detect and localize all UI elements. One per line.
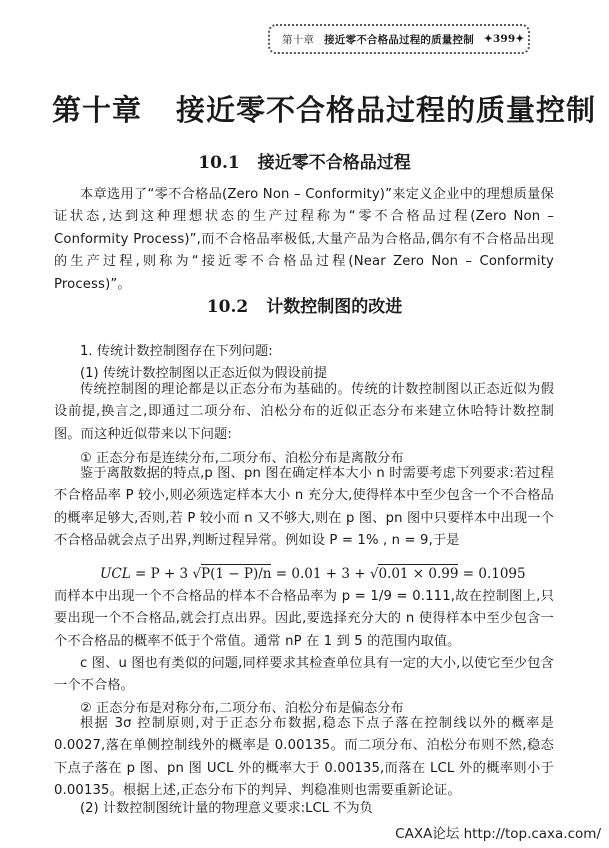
formula-expr1: = P + 3 [135, 566, 188, 582]
list-item-1-2: (2) 计数控制图统计量的物理意义要求:LCL 不为负 [80, 797, 373, 816]
paragraph-normal-approx: 传统控制图的理论都是以正态分布为基础的。传统的计数控制图以正态近似为假设前提,换… [54, 379, 554, 446]
intro-paragraph: 本章选用了“零不合格品(Zero Non – Conformity)”来定义企业… [54, 184, 554, 296]
formula-result: = 0.1095 [463, 566, 526, 582]
paragraph-sample-rate: 而样本中出现一个不合格品的样本不合格品率为 p = 1/9 = 0.111,故在… [54, 586, 554, 653]
formula-expr2: = 0.01 + 3 + [276, 566, 366, 582]
page-number: ✦399✦ [484, 33, 525, 45]
formula-lhs: UCL [100, 566, 131, 582]
section-heading-10-2: 10.2计数控制图的改进 [0, 292, 609, 317]
running-header: 第十章 接近零不合格品过程的质量控制 ✦399✦ [268, 24, 530, 54]
chapter-title: 第十章接近零不合格品过程的质量控制 [52, 88, 572, 129]
running-header-title: 接近零不合格品过程的质量控制 [324, 32, 474, 47]
formula-sqrt1: P(1 − P)/n [201, 564, 271, 582]
chapter-number: 第十章 [52, 93, 142, 127]
paragraph-discrete: 鉴于离散数据的特点,p 图、pn 图在确定样本大小 n 时需要考虑下列要求:若过… [54, 463, 554, 553]
chapter-name: 接近零不合格品过程的质量控制 [176, 93, 596, 127]
paragraph-3-sigma: 根据 3σ 控制原则,对于正态分布数据,稳态下点子落在控制线以外的概率是 0.0… [54, 713, 554, 803]
watermark: CAXA论坛 http://top.caxa.com/ [395, 822, 601, 842]
section-name: 计数控制图的改进 [266, 297, 402, 317]
section-name: 接近零不合格品过程 [258, 153, 411, 173]
list-item-1: 1. 传统计数控制图存在下列问题: [80, 340, 273, 359]
running-header-chapter: 第十章 [282, 32, 314, 47]
section-heading-10-1: 10.1接近零不合格品过程 [0, 148, 609, 173]
formula-sqrt2: 0.01 × 0.99 [378, 564, 458, 582]
paragraph-c-u-chart: c 图、u 图也有类似的问题,同样要求其检查单位具有一定的大小,以使它至少包含一… [54, 653, 554, 698]
section-number: 10.2 [207, 297, 248, 317]
ucl-formula: UCL = P + 3 √P(1 − P)/n = 0.01 + 3 + √0.… [100, 566, 526, 582]
section-number: 10.1 [198, 153, 239, 173]
